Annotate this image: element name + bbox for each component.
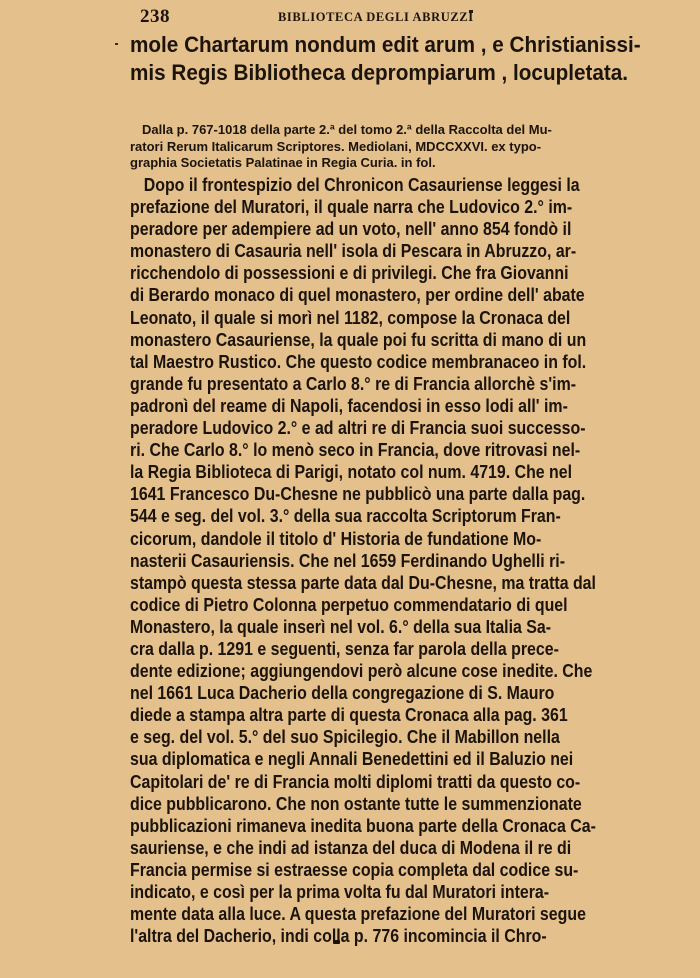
body-line: nel 1661 Luca Dacherio della congregazio…: [130, 682, 612, 704]
body-line: monastero di Casauria nell' isola di Pes…: [130, 240, 612, 262]
body-line: ricchendolo di possessioni e di privileg…: [130, 262, 612, 284]
page-number: 238: [140, 6, 170, 28]
body-line: sauriense, e che indi ad istanza del duc…: [130, 837, 612, 859]
book-page: 238 BIBLIOTECA DEGLI ABRUZZI mole Charta…: [0, 0, 700, 978]
body-line: Capitolari de' re di Francia molti diplo…: [130, 771, 612, 793]
body-line: monastero Casauriense, la quale poi fu s…: [130, 329, 612, 351]
body-line: cra dalla p. 1291 e seguenti, senza far …: [130, 638, 612, 660]
body-line: tal Maestro Rustico. Che questo codice m…: [130, 351, 612, 373]
body-line: Dopo il frontespizio del Chronicon Casau…: [130, 174, 612, 196]
page-header: 238 BIBLIOTECA DEGLI ABRUZZI: [140, 4, 500, 28]
body-line: 544 e seg. del vol. 3.° della sua raccol…: [130, 505, 612, 527]
source-line: graphia Societatis Palatinae in Regia Cu…: [130, 155, 690, 172]
body-line: Monastero, la quale inserì nel vol. 6.° …: [130, 616, 612, 638]
body-line: di Berardo monaco di quel monastero, per…: [130, 284, 612, 306]
body-line: peradore Ludovico 2.° e ad altri re di F…: [130, 417, 612, 439]
body-line: prefazione del Muratori, il quale narra …: [130, 196, 612, 218]
running-title: BIBLIOTECA DEGLI ABRUZZI: [278, 10, 474, 25]
body-line: l'altra del Dacherio, indi colla p. 776 …: [130, 925, 612, 947]
body-line: dente edizione; aggiungendovi però alcun…: [130, 660, 612, 682]
source-line: Dalla p. 767-1018 della parte 2.ª del to…: [130, 122, 690, 139]
body-line: codice di Pietro Colonna perpetuo commen…: [130, 594, 612, 616]
ink-speck: [115, 43, 118, 45]
source-line: ratori Rerum Italicarum Scriptores. Medi…: [130, 139, 690, 156]
body-line: Francia permise si estraesse copia compl…: [130, 859, 612, 881]
body-line: ri. Che Carlo 8.° lo menò seco in Franci…: [130, 439, 612, 461]
source-citation: Dalla p. 767-1018 della parte 2.ª del to…: [130, 122, 690, 172]
ink-speck: [333, 940, 340, 944]
body-line: stampò questa stessa parte data dal Du-C…: [130, 572, 612, 594]
body-line: dice pubblicarono. Che non ostante tutte…: [130, 793, 612, 815]
body-line: e seg. del vol. 5.° del suo Spicilegio. …: [130, 726, 612, 748]
body-line: peradore per adempiere ad un voto, nell'…: [130, 218, 612, 240]
body-line: padronì del reame di Napoli, facendosi i…: [130, 395, 612, 417]
body-line: pubblicazioni rimaneva inedita buona par…: [130, 815, 612, 837]
body-line: cicorum, dandole il titolo d' Historia d…: [130, 528, 612, 550]
title-line: mole Chartarum nondum edit arum , e Chri…: [130, 31, 618, 59]
body-line: sua diplomatica e negli Annali Benedetti…: [130, 748, 612, 770]
body-line: nasterii Casauriensis. Che nel 1659 Ferd…: [130, 550, 612, 572]
body-line: la Regia Biblioteca di Parigi, notato co…: [130, 461, 612, 483]
body-text: Dopo il frontespizio del Chronicon Casau…: [130, 174, 690, 947]
body-line: diede a stampa altra parte di questa Cro…: [130, 704, 612, 726]
body-line: grande fu presentato a Carlo 8.° re di F…: [130, 373, 612, 395]
title-line: mis Regis Bibliotheca deprompiarum , loc…: [130, 59, 618, 87]
title-block: mole Chartarum nondum edit arum , e Chri…: [130, 31, 618, 87]
body-line: indicato, e così per la prima volta fu d…: [130, 881, 612, 903]
body-line: mente data alla luce. A questa prefazion…: [130, 903, 612, 925]
body-line: Leonato, il quale si morì nel 1182, comp…: [130, 307, 612, 329]
body-line: 1641 Francesco Du-Chesne ne pubblicò una…: [130, 483, 612, 505]
